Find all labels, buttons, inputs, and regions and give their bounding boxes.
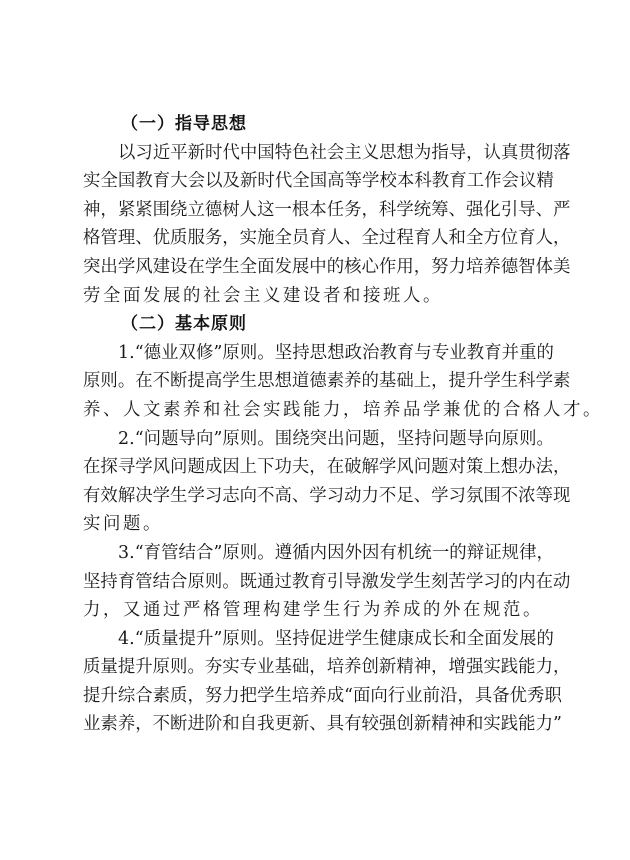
- text-line: 以习近平新时代中国特色社会主义思想为指导，认真贯彻落: [83, 139, 554, 168]
- text-line: 质量提升原则。夯实专业基础，培养创新精神，增强实践能力，: [83, 653, 554, 682]
- text-line: 格管理、优质服务，实施全员育人、全过程育人和全方位育人，: [83, 224, 554, 253]
- text-line: 业素养，不断进阶和自我更新、具有较强创新精神和实践能力”: [83, 710, 554, 739]
- principle-1-paragraph: 1.“德业双修”原则。坚持思想政治教育与专业教育并重的 原则。在不断提高学生思想…: [83, 339, 554, 425]
- principle-2-paragraph: 2.“问题导向”原则。围绕突出问题，坚持问题导向原则。 在探寻学风问题成因上下功…: [83, 425, 554, 539]
- text-line: 突出学风建设在学生全面发展中的核心作用，努力培养德智体美: [83, 253, 554, 282]
- text-line: 实全国教育大会以及新时代全国高等学校本科教育工作会议精: [83, 167, 554, 196]
- text-line: 3.“育管结合”原则。遵循内因外因有机统一的辩证规律，: [83, 539, 554, 568]
- text-line: 提升综合素质，努力把学生培养成“面向行业前沿，具备优秀职: [83, 682, 554, 711]
- paragraph-guiding-ideology: 以习近平新时代中国特色社会主义思想为指导，认真贯彻落 实全国教育大会以及新时代全…: [83, 139, 554, 311]
- principle-4-paragraph: 4.“质量提升”原则。坚持促进学生健康成长和全面发展的 质量提升原则。夯实专业基…: [83, 625, 554, 739]
- text-line: 力，又通过严格管理构建学生行为养成的外在规范。: [83, 596, 554, 625]
- document-body: （一）指导思想 以习近平新时代中国特色社会主义思想为指导，认真贯彻落 实全国教育…: [83, 110, 554, 739]
- text-line: 1.“德业双修”原则。坚持思想政治教育与专业教育并重的: [83, 339, 554, 368]
- text-line: 坚持育管结合原则。既通过教育引导激发学生刻苦学习的内在动: [83, 568, 554, 597]
- document-page: （一）指导思想 以习近平新时代中国特色社会主义思想为指导，认真贯彻落 实全国教育…: [0, 0, 630, 860]
- text-line: 实问题。: [83, 510, 554, 539]
- text-line: 劳全面发展的社会主义建设者和接班人。: [83, 282, 554, 311]
- principle-3-paragraph: 3.“育管结合”原则。遵循内因外因有机统一的辩证规律， 坚持育管结合原则。既通过…: [83, 539, 554, 625]
- text-line: 2.“问题导向”原则。围绕突出问题，坚持问题导向原则。: [83, 425, 554, 454]
- text-line: 在探寻学风问题成因上下功夫，在破解学风问题对策上想办法，: [83, 453, 554, 482]
- section-heading-basic-principles: （二）基本原则: [83, 310, 554, 339]
- section-heading-guiding-ideology: （一）指导思想: [83, 110, 554, 139]
- text-line: 有效解决学生学习志向不高、学习动力不足、学习氛围不浓等现: [83, 482, 554, 511]
- text-line: 神，紧紧围绕立德树人这一根本任务，科学统筹、强化引导、严: [83, 196, 554, 225]
- text-line: 4.“质量提升”原则。坚持促进学生健康成长和全面发展的: [83, 625, 554, 654]
- text-line: 养、人文素养和社会实践能力，培养品学兼优的合格人才。: [83, 396, 554, 425]
- text-line: 原则。在不断提高学生思想道德素养的基础上，提升学生科学素: [83, 367, 554, 396]
